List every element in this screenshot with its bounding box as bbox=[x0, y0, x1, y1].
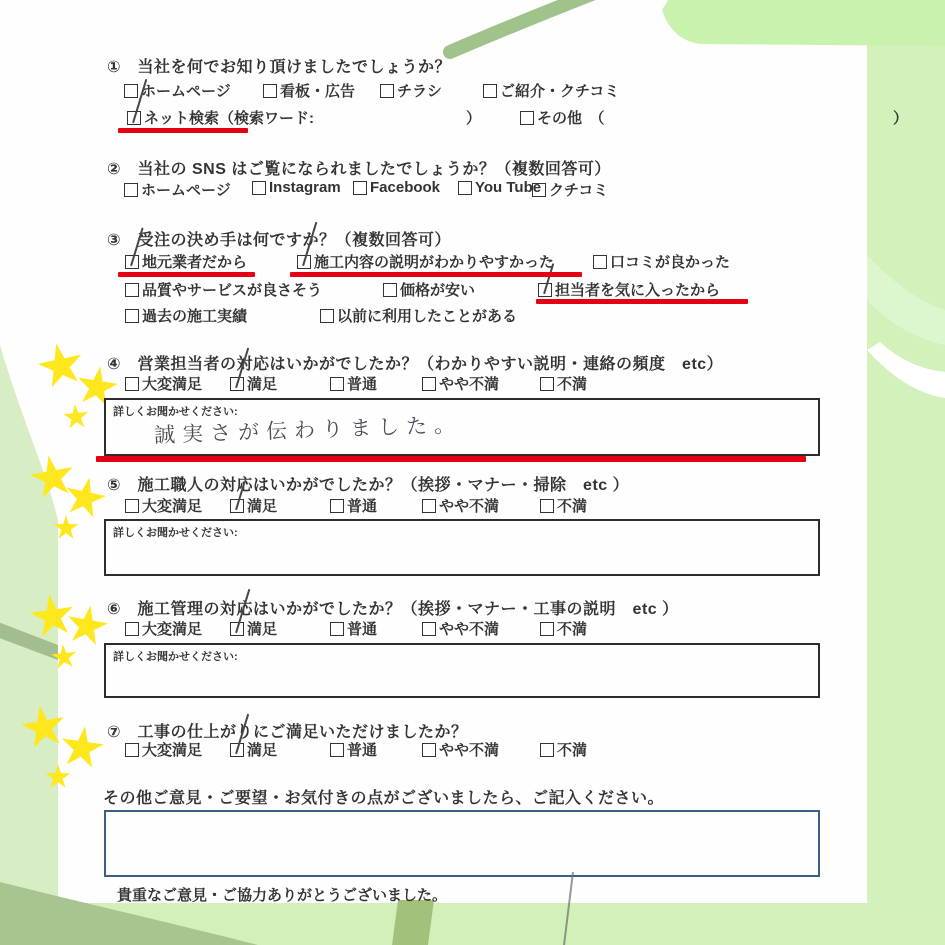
checkbox-option-checked: 地元業者だから bbox=[125, 251, 247, 272]
checkbox[interactable] bbox=[125, 377, 139, 391]
checkbox[interactable] bbox=[125, 622, 139, 636]
checkbox-option: やや不満 bbox=[422, 618, 499, 639]
option-label: クチコミ bbox=[549, 179, 608, 200]
checkbox[interactable] bbox=[383, 283, 397, 297]
option-label: やや不満 bbox=[439, 739, 499, 760]
checkbox-option: チラシ bbox=[380, 80, 442, 101]
option-label: ホームページ bbox=[141, 80, 231, 101]
red-underline bbox=[290, 272, 582, 277]
option-label: 不満 bbox=[557, 739, 587, 760]
checkbox[interactable] bbox=[422, 499, 436, 513]
q4-title: ④ 営業担当者の対応はいかがでしたか？（わかりやすい説明・連絡の頻度 etc） bbox=[107, 351, 723, 374]
checkbox[interactable] bbox=[422, 377, 436, 391]
option-label: 普通 bbox=[347, 373, 377, 394]
checkbox-option: 普通 bbox=[330, 495, 377, 516]
stem-top bbox=[450, 0, 602, 52]
checkbox-option-checked: 担当者を気に入ったから bbox=[538, 279, 720, 300]
thanks-message: 貴重なご意見・ご協力ありがとうございました。 bbox=[117, 884, 447, 905]
checkbox[interactable] bbox=[125, 283, 139, 297]
leaf-right-column bbox=[867, 0, 945, 945]
checkbox-option: 大変満足 bbox=[125, 495, 202, 516]
option-label: ネット検索（検索ワード: bbox=[144, 107, 314, 128]
checkbox-option: 普通 bbox=[330, 373, 377, 394]
checkbox-option-checked: 施工内容の説明がわかりやすかった bbox=[297, 251, 554, 272]
red-underline bbox=[96, 456, 806, 462]
checkbox[interactable] bbox=[483, 84, 497, 98]
checkbox-option: 不満 bbox=[540, 495, 587, 516]
checkbox[interactable] bbox=[124, 84, 138, 98]
option-label: 普通 bbox=[347, 495, 377, 516]
option-label: 価格が安い bbox=[400, 279, 475, 300]
checkbox[interactable] bbox=[330, 499, 344, 513]
checkbox[interactable] bbox=[353, 181, 367, 195]
option-label: 大変満足 bbox=[142, 373, 202, 394]
option-label: 品質やサービスが良さそう bbox=[142, 279, 322, 300]
option-label: やや不満 bbox=[439, 618, 499, 639]
checkbox[interactable] bbox=[540, 377, 554, 391]
checkbox[interactable] bbox=[520, 111, 534, 125]
checkbox[interactable] bbox=[252, 181, 266, 195]
red-underline bbox=[118, 128, 248, 133]
checkbox-option: やや不満 bbox=[422, 495, 499, 516]
q5-detail-box[interactable]: 詳しくお聞かせください: bbox=[104, 519, 820, 576]
checkbox-option: Instagram bbox=[252, 179, 341, 196]
option-label: 普通 bbox=[347, 618, 377, 639]
option-label: 施工内容の説明がわかりやすかった bbox=[314, 251, 554, 272]
checkbox[interactable] bbox=[532, 183, 546, 197]
checkbox-option: 不満 bbox=[540, 739, 587, 760]
checkbox-option: 口コミが良かった bbox=[593, 251, 730, 272]
option-label: Facebook bbox=[370, 179, 440, 196]
checkbox-option: 過去の施工実績 bbox=[125, 305, 247, 326]
red-underline bbox=[536, 299, 748, 304]
checkbox[interactable] bbox=[124, 183, 138, 197]
checkbox[interactable] bbox=[330, 743, 344, 757]
checkbox-option: クチコミ bbox=[532, 179, 608, 200]
checkbox-option: 普通 bbox=[330, 618, 377, 639]
close-paren: ） bbox=[893, 107, 908, 128]
checkbox[interactable] bbox=[330, 377, 344, 391]
checkbox[interactable] bbox=[263, 84, 277, 98]
option-label: 不満 bbox=[557, 618, 587, 639]
option-label: 満足 bbox=[247, 373, 277, 394]
checkbox[interactable] bbox=[540, 743, 554, 757]
option-label: やや不満 bbox=[439, 495, 499, 516]
checkbox-option: 品質やサービスが良さそう bbox=[125, 279, 322, 300]
option-label: 口コミが良かった bbox=[610, 251, 730, 272]
other-comments-box[interactable] bbox=[104, 810, 820, 877]
option-label: 大変満足 bbox=[142, 618, 202, 639]
checkbox-option: ご紹介・クチコミ bbox=[483, 80, 619, 101]
checkbox-option: その他 （ bbox=[520, 107, 605, 128]
checkbox-option: やや不満 bbox=[422, 739, 499, 760]
checkbox-option-checked: ネット検索（検索ワード: bbox=[127, 107, 314, 128]
checkbox-option: 以前に利用したことがある bbox=[320, 305, 517, 326]
checkbox[interactable] bbox=[380, 84, 394, 98]
checkbox-option: 普通 bbox=[330, 739, 377, 760]
checkbox-option: 大変満足 bbox=[125, 618, 202, 639]
option-label: 担当者を気に入ったから bbox=[555, 279, 720, 300]
option-label: 看板・広告 bbox=[280, 80, 355, 101]
checkbox[interactable] bbox=[320, 309, 334, 323]
checkbox-option: Facebook bbox=[353, 179, 440, 196]
option-label: その他 （ bbox=[537, 107, 605, 128]
q3-title: ③ 受注の決め手は何ですか？（複数回答可） bbox=[107, 227, 451, 250]
checkbox[interactable] bbox=[458, 181, 472, 195]
option-label: 不満 bbox=[557, 373, 587, 394]
checkbox[interactable] bbox=[422, 743, 436, 757]
checkbox[interactable] bbox=[125, 743, 139, 757]
checkbox-option: やや不満 bbox=[422, 373, 499, 394]
q6-detail-box[interactable]: 詳しくお聞かせください: bbox=[104, 643, 820, 698]
option-label: チラシ bbox=[397, 80, 442, 101]
stem-bottom bbox=[392, 900, 434, 945]
checkbox-option: You Tube bbox=[458, 179, 541, 196]
checkbox-option: 大変満足 bbox=[125, 373, 202, 394]
option-label: 地元業者だから bbox=[142, 251, 247, 272]
checkbox-option: 大変満足 bbox=[125, 739, 202, 760]
checkbox[interactable] bbox=[125, 309, 139, 323]
q5-title: ⑤ 施工職人の対応はいかがでしたか？（挨拶・マナー・掃除 etc ） bbox=[107, 472, 629, 495]
option-label: 満足 bbox=[247, 739, 277, 760]
option-label: 大変満足 bbox=[142, 495, 202, 516]
option-label: ご紹介・クチコミ bbox=[500, 80, 619, 101]
option-label: 普通 bbox=[347, 739, 377, 760]
option-label: 過去の施工実績 bbox=[142, 305, 247, 326]
option-label: Instagram bbox=[269, 179, 341, 196]
checkbox[interactable] bbox=[125, 499, 139, 513]
option-label: 大変満足 bbox=[142, 739, 202, 760]
red-underline bbox=[118, 272, 255, 277]
option-label: 満足 bbox=[247, 495, 277, 516]
other-comments-prompt: その他ご意見・ご要望・お気付きの点がございましたら、ご記入ください。 bbox=[103, 785, 664, 808]
option-label: 満足 bbox=[247, 618, 277, 639]
option-label: 以前に利用したことがある bbox=[337, 305, 517, 326]
checkbox-option: 不満 bbox=[540, 618, 587, 639]
checkbox[interactable] bbox=[593, 255, 607, 269]
option-label: ホームページ bbox=[141, 179, 231, 200]
leaf-top-strip bbox=[662, 0, 945, 46]
checkbox[interactable] bbox=[540, 499, 554, 513]
checkbox-option: 看板・広告 bbox=[263, 80, 355, 101]
q2-title: ② 当社の SNS はご覧になられましたでしょうか？（複数回答可） bbox=[107, 156, 611, 179]
checkbox[interactable] bbox=[330, 622, 344, 636]
detail-prompt-label: 詳しくお聞かせください: bbox=[113, 648, 238, 664]
checkbox-option: ホームページ bbox=[124, 179, 231, 200]
checkbox-option: 価格が安い bbox=[383, 279, 475, 300]
option-label: 不満 bbox=[557, 495, 587, 516]
q4-detail-box[interactable]: 詳しくお聞かせください: 誠実さが伝わりました。 bbox=[104, 398, 820, 456]
option-label: やや不満 bbox=[439, 373, 499, 394]
checkbox[interactable] bbox=[422, 622, 436, 636]
q6-title: ⑥ 施工管理の対応はいかがでしたか？（挨拶・マナー・工事の説明 etc ） bbox=[107, 596, 679, 619]
close-paren: ） bbox=[466, 107, 481, 128]
detail-prompt-label: 詳しくお聞かせください: bbox=[113, 524, 238, 540]
checkbox-option: 不満 bbox=[540, 373, 587, 394]
checkbox[interactable] bbox=[540, 622, 554, 636]
survey-page: ① 当社を何でお知り頂けましたでしょうか？ ホームページ 看板・広告 チラシ ご… bbox=[0, 0, 945, 945]
q1-title: ① 当社を何でお知り頂けましたでしょうか？ bbox=[107, 54, 451, 77]
